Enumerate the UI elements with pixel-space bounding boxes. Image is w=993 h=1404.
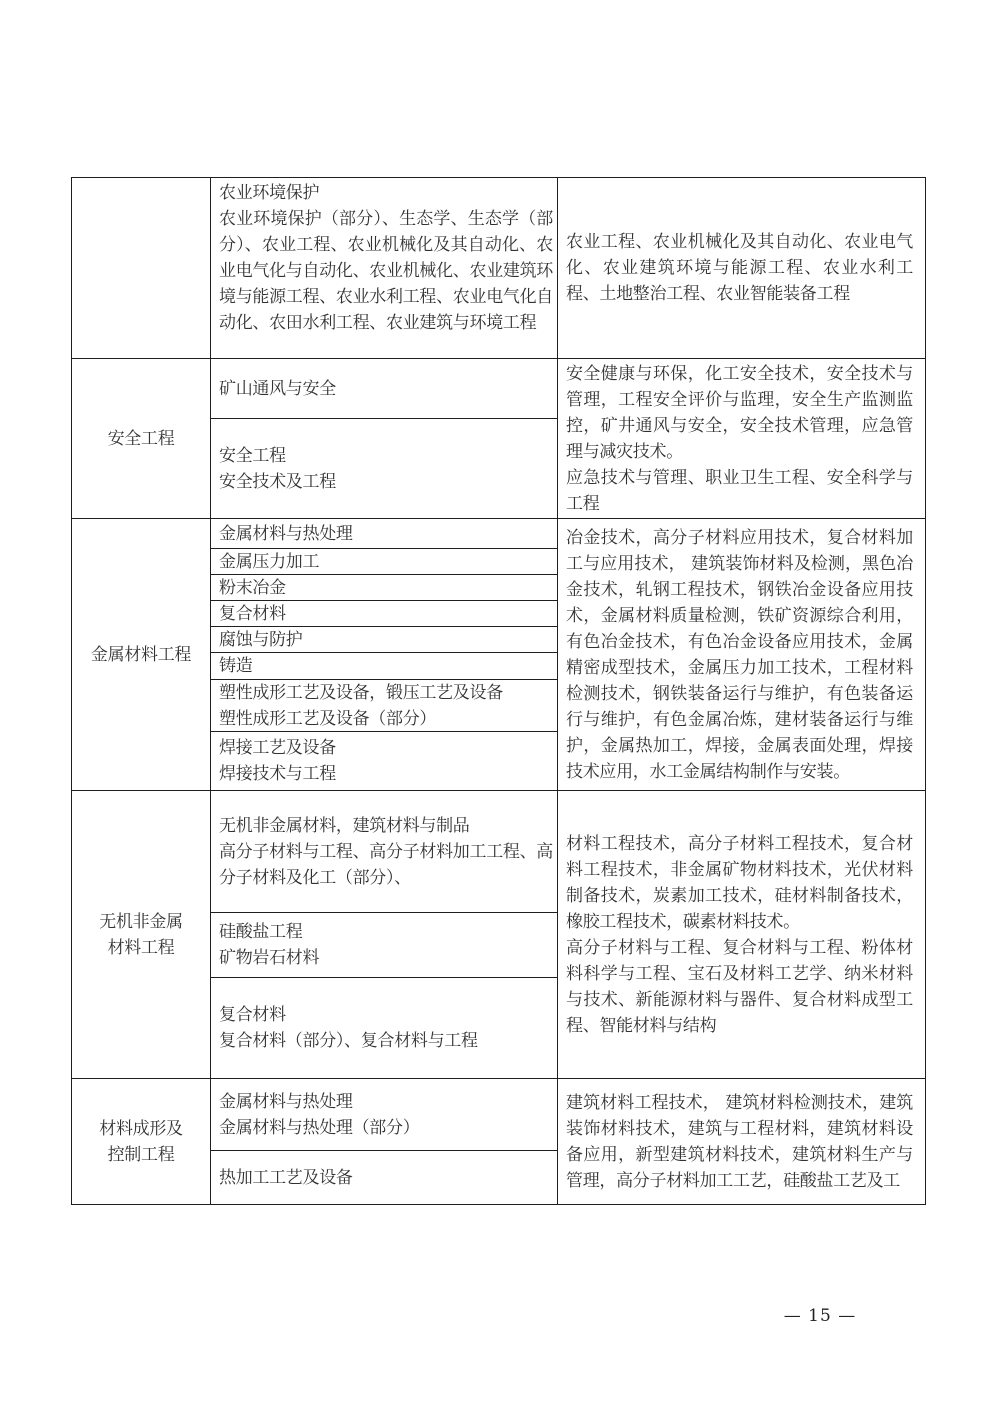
category-label: 材料成形及	[99, 1116, 183, 1142]
major-cell: 铸造	[211, 652, 557, 679]
major-label: 复合材料	[219, 601, 553, 627]
description-cell: 农业工程、农业机械化及其自动化、农业电气化、农业建筑环境与能源工程、农业水利工程…	[558, 178, 925, 358]
major-cell: 复合材料 复合材料（部分）、复合材料与工程	[211, 977, 557, 1078]
table-row: 安全工程 矿山通风与安全 安全工程 安全技术及工程 安全健康与环保，化工安全技术…	[72, 358, 925, 518]
table-row: 无机非金属 材料工程 无机非金属材料，建筑材料与制品 高分子材料与工程、高分子材…	[72, 790, 925, 1078]
major-cell: 金属压力加工	[211, 548, 557, 574]
majors-column: 无机非金属材料，建筑材料与制品 高分子材料与工程、高分子材料加工工程、高分子材料…	[210, 791, 558, 1078]
page-number: — 15 —	[760, 1303, 880, 1329]
majors-column: 矿山通风与安全 安全工程 安全技术及工程	[210, 359, 558, 518]
major-cell: 硅酸盐工程 矿物岩石材料	[211, 912, 557, 977]
major-label: 复合材料	[219, 1002, 553, 1028]
description-text: 高分子材料与工程、复合材料与工程、粉体材料科学与工程、宝石及材料工艺学、纳米材料…	[566, 935, 913, 1039]
major-cell: 金属材料与热处理 金属材料与热处理（部分）	[211, 1079, 557, 1150]
major-label: 安全工程	[219, 443, 553, 469]
category-label: 金属材料工程	[91, 642, 191, 668]
major-cell: 粉末冶金	[211, 574, 557, 600]
major-cell: 塑性成形工艺及设备，锻压工艺及设备 塑性成形工艺及设备（部分）	[211, 679, 557, 731]
description-cell: 冶金技术，高分子材料应用技术，复合材料加工与应用技术， 建筑装饰材料及检测，黑色…	[558, 519, 925, 790]
major-label: 金属压力加工	[219, 549, 553, 575]
table-row: 金属材料工程 金属材料与热处理 金属压力加工 粉末冶金 复合材料 腐蚀与防护	[72, 518, 925, 790]
description-cell: 建筑材料工程技术， 建筑材料检测技术，建筑装饰材料技术，建筑与工程材料，建筑材料…	[558, 1079, 925, 1204]
category-cell: 安全工程	[72, 359, 210, 518]
major-label: 农业环境保护（部分）、生态学、生态学（部分）、农业工程、农业机械化及其自动化、农…	[219, 206, 553, 336]
major-cell: 安全工程 安全技术及工程	[211, 418, 557, 518]
description-text: 建筑材料工程技术， 建筑材料检测技术，建筑装饰材料技术，建筑与工程材料，建筑材料…	[566, 1090, 913, 1194]
table-row: 材料成形及 控制工程 金属材料与热处理 金属材料与热处理（部分） 热加工工艺及设…	[72, 1078, 925, 1204]
major-label: 热加工工艺及设备	[219, 1165, 553, 1191]
major-label: 硅酸盐工程	[219, 919, 553, 945]
category-label: 控制工程	[108, 1142, 175, 1168]
major-label: 安全技术及工程	[219, 469, 553, 495]
major-label: 复合材料（部分）、复合材料与工程	[219, 1028, 553, 1054]
major-cell: 热加工工艺及设备	[211, 1150, 557, 1204]
major-label: 矿山通风与安全	[219, 376, 553, 402]
major-cell: 复合材料	[211, 600, 557, 626]
major-label: 粉末冶金	[219, 575, 553, 601]
description-text: 安全健康与环保，化工安全技术，安全技术与管理，工程安全评价与监理，安全生产监测监…	[566, 361, 913, 465]
major-label: 农业环境保护	[219, 180, 553, 206]
major-label: 金属材料与热处理（部分）	[219, 1115, 553, 1141]
major-cell: 矿山通风与安全	[211, 359, 557, 418]
category-cell	[72, 178, 210, 358]
major-label: 铸造	[219, 653, 553, 679]
major-label: 金属材料与热处理	[219, 1089, 553, 1115]
description-cell: 材料工程技术，高分子材料工程技术，复合材料工程技术，非金属矿物材料技术，光伏材料…	[558, 791, 925, 1078]
major-label: 无机非金属材料，建筑材料与制品	[219, 813, 553, 839]
major-cell: 焊接工艺及设备 焊接技术与工程	[211, 731, 557, 790]
major-label: 腐蚀与防护	[219, 627, 553, 653]
description-text: 材料工程技术，高分子材料工程技术，复合材料工程技术，非金属矿物材料技术，光伏材料…	[566, 831, 913, 935]
major-label: 高分子材料与工程、高分子材料加工工程、高分子材料及化工（部分）、	[219, 839, 553, 891]
major-label: 焊接技术与工程	[219, 761, 553, 787]
major-label: 塑性成形工艺及设备（部分）	[219, 706, 553, 732]
table-row: 农业环境保护 农业环境保护（部分）、生态学、生态学（部分）、农业工程、农业机械化…	[72, 178, 925, 358]
majors-column: 金属材料与热处理 金属材料与热处理（部分） 热加工工艺及设备	[210, 1079, 558, 1204]
major-cell: 金属材料与热处理	[211, 519, 557, 548]
category-cell: 金属材料工程	[72, 519, 210, 790]
description-cell: 安全健康与环保，化工安全技术，安全技术与管理，工程安全评价与监理，安全生产监测监…	[558, 359, 925, 518]
major-label: 焊接工艺及设备	[219, 735, 553, 761]
category-label: 无机非金属	[99, 909, 183, 935]
description-text: 农业工程、农业机械化及其自动化、农业电气化、农业建筑环境与能源工程、农业水利工程…	[566, 229, 913, 307]
category-label: 安全工程	[108, 426, 175, 452]
major-cell: 农业环境保护 农业环境保护（部分）、生态学、生态学（部分）、农业工程、农业机械化…	[211, 178, 557, 358]
majors-column: 金属材料与热处理 金属压力加工 粉末冶金 复合材料 腐蚀与防护 铸造	[210, 519, 558, 790]
major-cell: 腐蚀与防护	[211, 626, 557, 652]
description-text: 应急技术与管理、职业卫生工程、安全科学与工程	[566, 465, 913, 517]
majors-column: 农业环境保护 农业环境保护（部分）、生态学、生态学（部分）、农业工程、农业机械化…	[210, 178, 558, 358]
category-label: 材料工程	[108, 935, 175, 961]
category-cell: 无机非金属 材料工程	[72, 791, 210, 1078]
major-cell: 无机非金属材料，建筑材料与制品 高分子材料与工程、高分子材料加工工程、高分子材料…	[211, 791, 557, 912]
major-label: 金属材料与热处理	[219, 521, 553, 547]
major-label: 塑性成形工艺及设备，锻压工艺及设备	[219, 680, 553, 706]
major-label: 矿物岩石材料	[219, 945, 553, 971]
category-cell: 材料成形及 控制工程	[72, 1079, 210, 1204]
majors-table: 农业环境保护 农业环境保护（部分）、生态学、生态学（部分）、农业工程、农业机械化…	[71, 177, 926, 1205]
description-text: 冶金技术，高分子材料应用技术，复合材料加工与应用技术， 建筑装饰材料及检测，黑色…	[566, 525, 913, 785]
document-page: 农业环境保护 农业环境保护（部分）、生态学、生态学（部分）、农业工程、农业机械化…	[0, 0, 993, 1404]
